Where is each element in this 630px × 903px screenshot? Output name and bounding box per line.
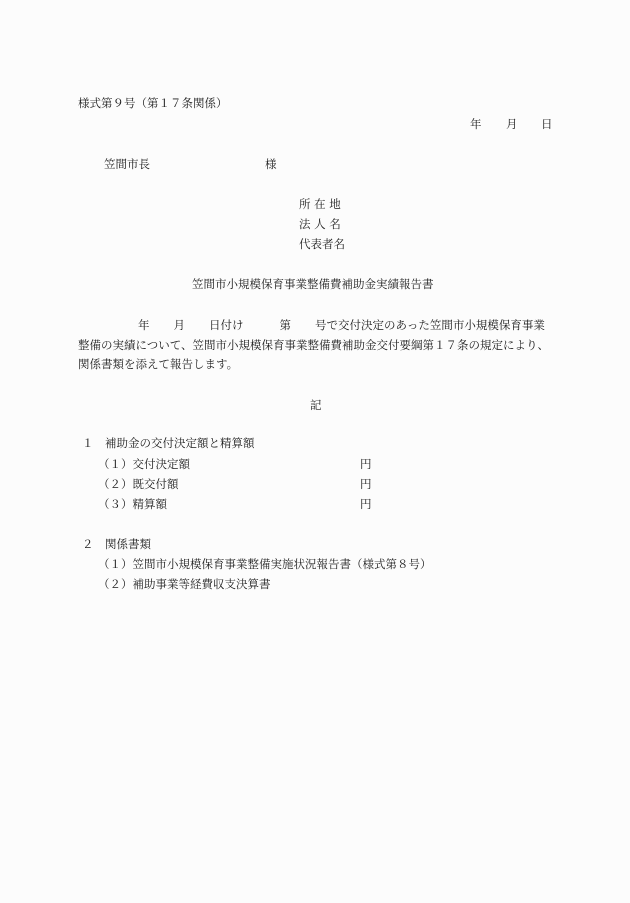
- date-month-label: 月: [506, 119, 518, 131]
- form-number: 様式第９号（第１７条関係）: [78, 98, 228, 110]
- applicant-address-label: 所 在 地: [299, 199, 341, 211]
- section-2-heading: ２ 関係書類: [82, 539, 151, 551]
- body-line-1: 年月日付け第号で交付決定のあった笠間市小規模保育事業: [78, 320, 545, 332]
- body-month-label: 月: [174, 318, 186, 332]
- section-2-item-1: （１）笠間市小規模保育事業整備実施状況報告書（様式第８号）: [98, 559, 432, 571]
- date-day-label: 日: [541, 119, 553, 131]
- body-line1-rest: 号で交付決定のあった笠間市小規模保育事業: [315, 318, 545, 332]
- section-1-item-2-unit: 円: [360, 479, 372, 491]
- addressee: 笠間市長: [104, 159, 150, 171]
- body-day-label: 日付け: [209, 318, 244, 332]
- section-1-item-2: （２）既交付額: [98, 479, 179, 491]
- section-2-item-2: （２）補助事業等経費収支決算書: [98, 579, 271, 591]
- section-1-heading: １ 補助金の交付決定額と精算額: [82, 438, 255, 450]
- ki-heading: 記: [310, 400, 322, 412]
- body-number-prefix: 第: [280, 318, 292, 332]
- document-title: 笠間市小規模保育事業整備費補助金実績報告書: [192, 279, 434, 291]
- honorific: 様: [265, 159, 277, 171]
- section-1-item-1-unit: 円: [360, 459, 372, 471]
- date-year-label: 年: [470, 119, 482, 131]
- body-year-label: 年: [138, 318, 150, 332]
- section-1-item-3: （３）精算額: [98, 499, 167, 511]
- applicant-representative-label: 代表者名: [299, 239, 345, 251]
- body-line-2: 整備の実績について、笠間市小規模保育事業整備費補助金交付要綱第１７条の規定により…: [78, 340, 549, 352]
- section-1-item-3-unit: 円: [360, 499, 372, 511]
- section-1-item-1: （１）交付決定額: [98, 459, 190, 471]
- body-line-3: 関係書類を添えて報告します。: [78, 359, 238, 371]
- applicant-corporation-label: 法 人 名: [299, 219, 341, 231]
